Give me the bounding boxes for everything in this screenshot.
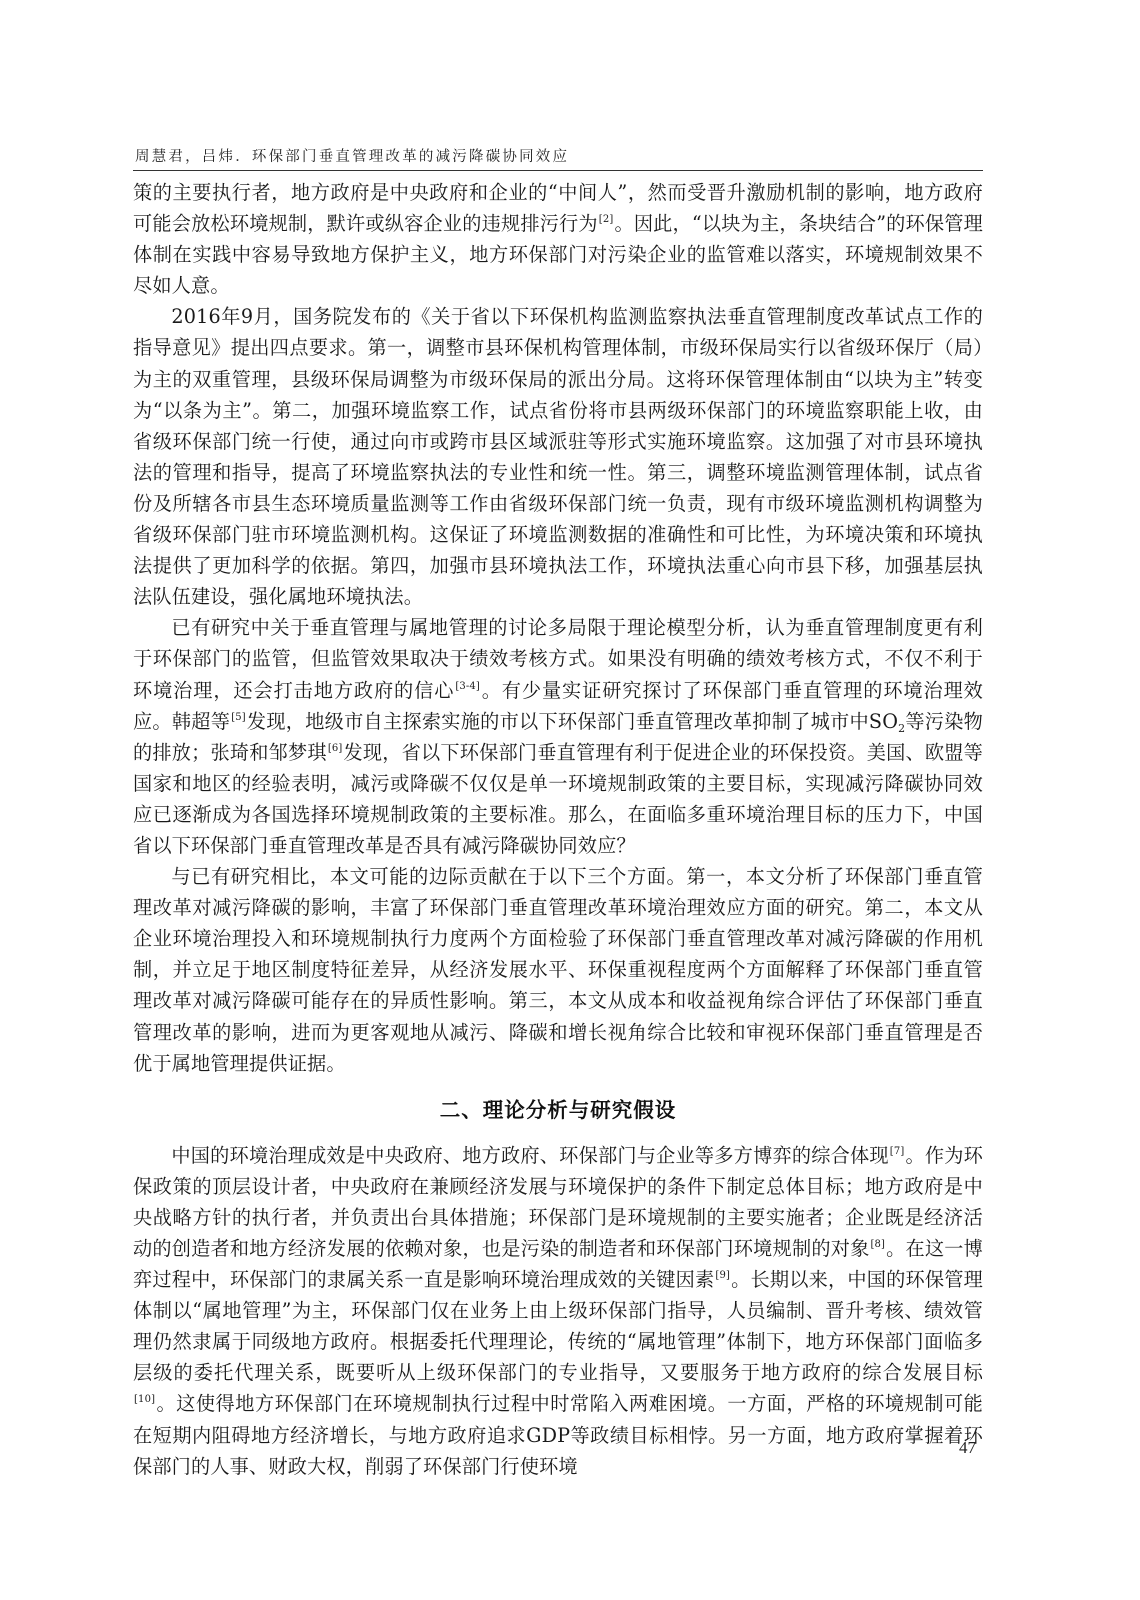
- text-run: 中国的环境治理成效是中央政府、地方政府、环保部门与企业等多方博弈的综合体现: [171, 1144, 888, 1167]
- paragraph: 中国的环境治理成效是中央政府、地方政府、环保部门与企业等多方博弈的综合体现[7]…: [133, 1140, 983, 1482]
- paragraphs-before-section: 策的主要执行者，地方政府是中央政府和企业的“中间人”，然而受晋升激励机制的影响，…: [133, 177, 983, 1079]
- citation-ref: [9]: [714, 1270, 731, 1281]
- paragraph: 与已有研究相比，本文可能的边际贡献在于以下三个方面。第一，本文分析了环保部门垂直…: [133, 861, 983, 1079]
- citation-ref: [5]: [230, 712, 247, 723]
- text-run: 发现，地级市自主探索实施的市以下环保部门垂直管理改革抑制了城市中SO: [247, 710, 898, 733]
- citation-ref: [8]: [869, 1239, 886, 1250]
- citation-ref: [3-4]: [454, 681, 481, 692]
- citation-ref: [10]: [133, 1394, 156, 1405]
- article-body: 策的主要执行者，地方政府是中央政府和企业的“中间人”，然而受晋升激励机制的影响，…: [133, 177, 983, 1482]
- paragraphs-after-section: 中国的环境治理成效是中央政府、地方政府、环保部门与企业等多方博弈的综合体现[7]…: [133, 1140, 983, 1482]
- paragraph: 2016年9月，国务院发布的《关于省以下环保机构监测监察执法垂直管理制度改革试点…: [133, 301, 983, 612]
- citation-ref: [7]: [889, 1146, 906, 1157]
- text-run: 。这使得地方环保部门在环境规制执行过程中时常陷入两难困境。一方面，严格的环境规制…: [133, 1392, 983, 1477]
- header-rule: [133, 170, 983, 171]
- section-heading: 二、理论分析与研究假设: [133, 1095, 983, 1125]
- text-run: 2016年9月，国务院发布的《关于省以下环保机构监测监察执法垂直管理制度改革试点…: [133, 305, 983, 608]
- page-number: 47: [959, 1438, 976, 1458]
- running-head: 周慧君，吕炜．环保部门垂直管理改革的减污降碳协同效应: [133, 145, 983, 169]
- citation-ref: [6]: [327, 743, 344, 754]
- paragraph: 已有研究中关于垂直管理与属地管理的讨论多局限于理论模型分析，认为垂直管理制度更有…: [133, 612, 983, 861]
- paragraph: 策的主要执行者，地方政府是中央政府和企业的“中间人”，然而受晋升激励机制的影响，…: [133, 177, 983, 301]
- journal-page: 周慧君，吕炜．环保部门垂直管理改革的减污降碳协同效应 策的主要执行者，地方政府是…: [133, 145, 983, 1482]
- citation-ref: [2]: [598, 214, 615, 225]
- text-run: 与已有研究相比，本文可能的边际贡献在于以下三个方面。第一，本文分析了环保部门垂直…: [133, 865, 983, 1075]
